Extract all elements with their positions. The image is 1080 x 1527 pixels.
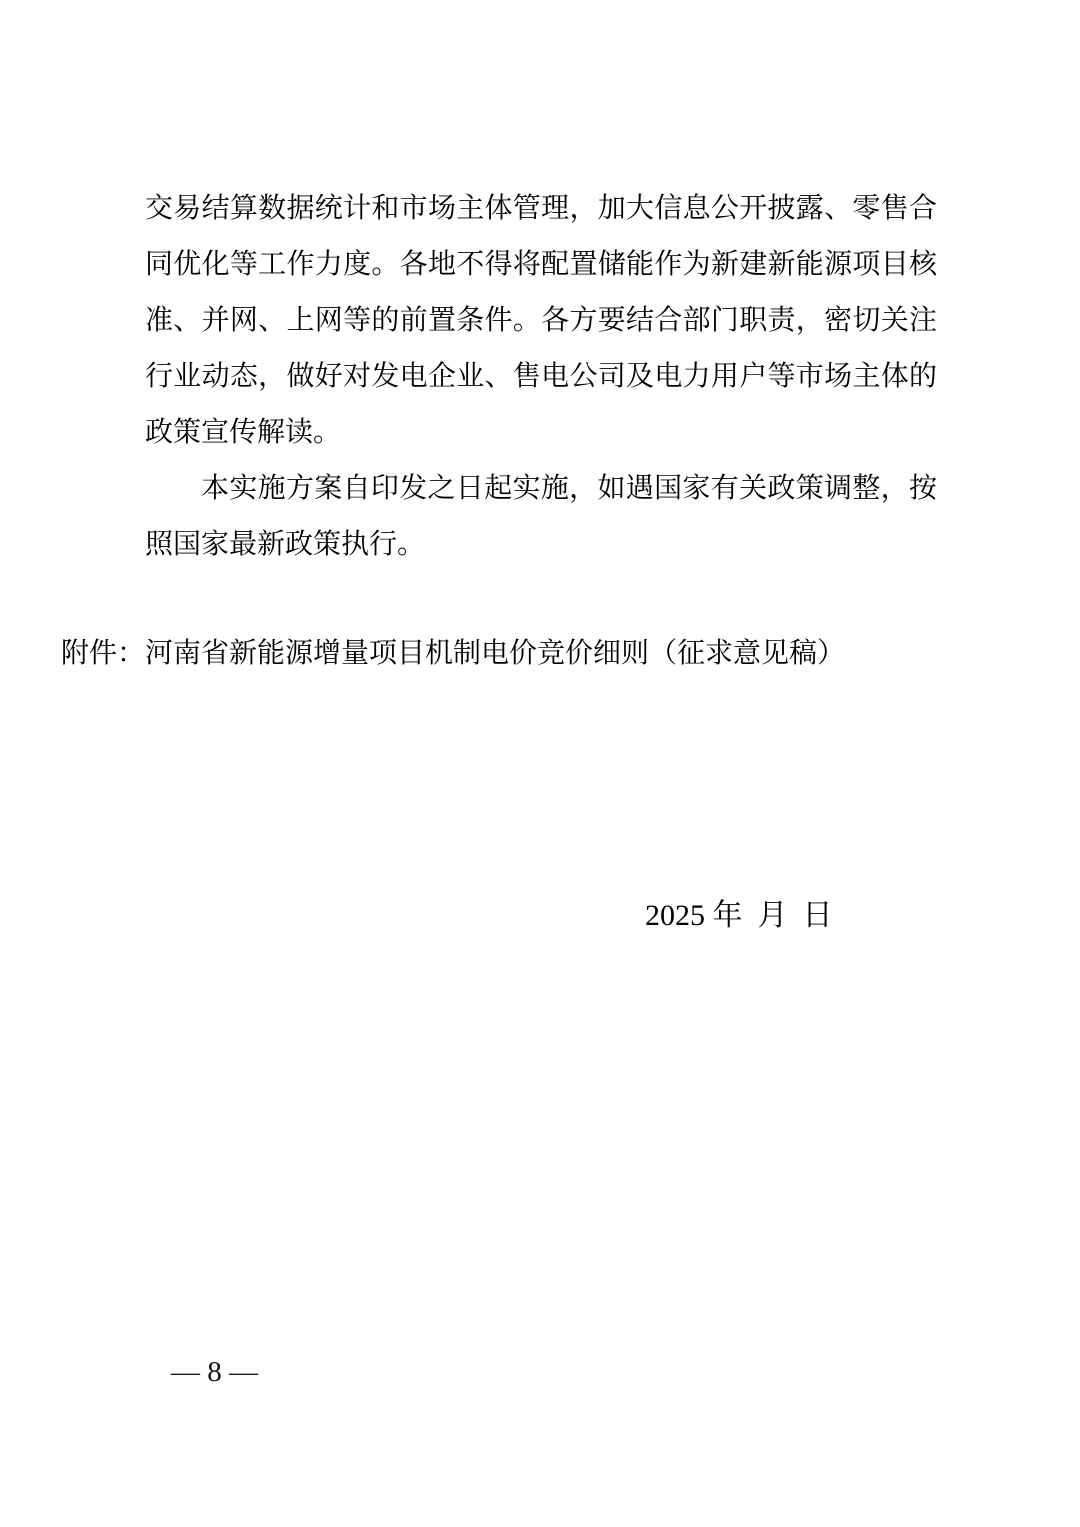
attachment-line: 附件：河南省新能源增量项目机制电价竞价细则（征求意见稿） xyxy=(145,626,937,682)
document-body: 交易结算数据统计和市场主体管理，加大信息公开披露、零售合同优化等工作力度。各地不… xyxy=(145,181,937,682)
page-number: — 8 — xyxy=(171,1354,258,1390)
signature-date-line: 2025 年 月 日 xyxy=(645,898,833,934)
paragraph-continuation: 交易结算数据统计和市场主体管理，加大信息公开披露、零售合同优化等工作力度。各地不… xyxy=(145,181,937,461)
attachment-label: 附件： xyxy=(61,638,145,669)
paragraph-implementation: 本实施方案自印发之日起实施，如遇国家有关政策调整，按照国家最新政策执行。 xyxy=(145,461,937,573)
attachment-title: 河南省新能源增量项目机制电价竞价细则（征求意见稿） xyxy=(145,638,845,669)
document-page: 交易结算数据统计和市场主体管理，加大信息公开披露、零售合同优化等工作力度。各地不… xyxy=(0,0,1080,1527)
